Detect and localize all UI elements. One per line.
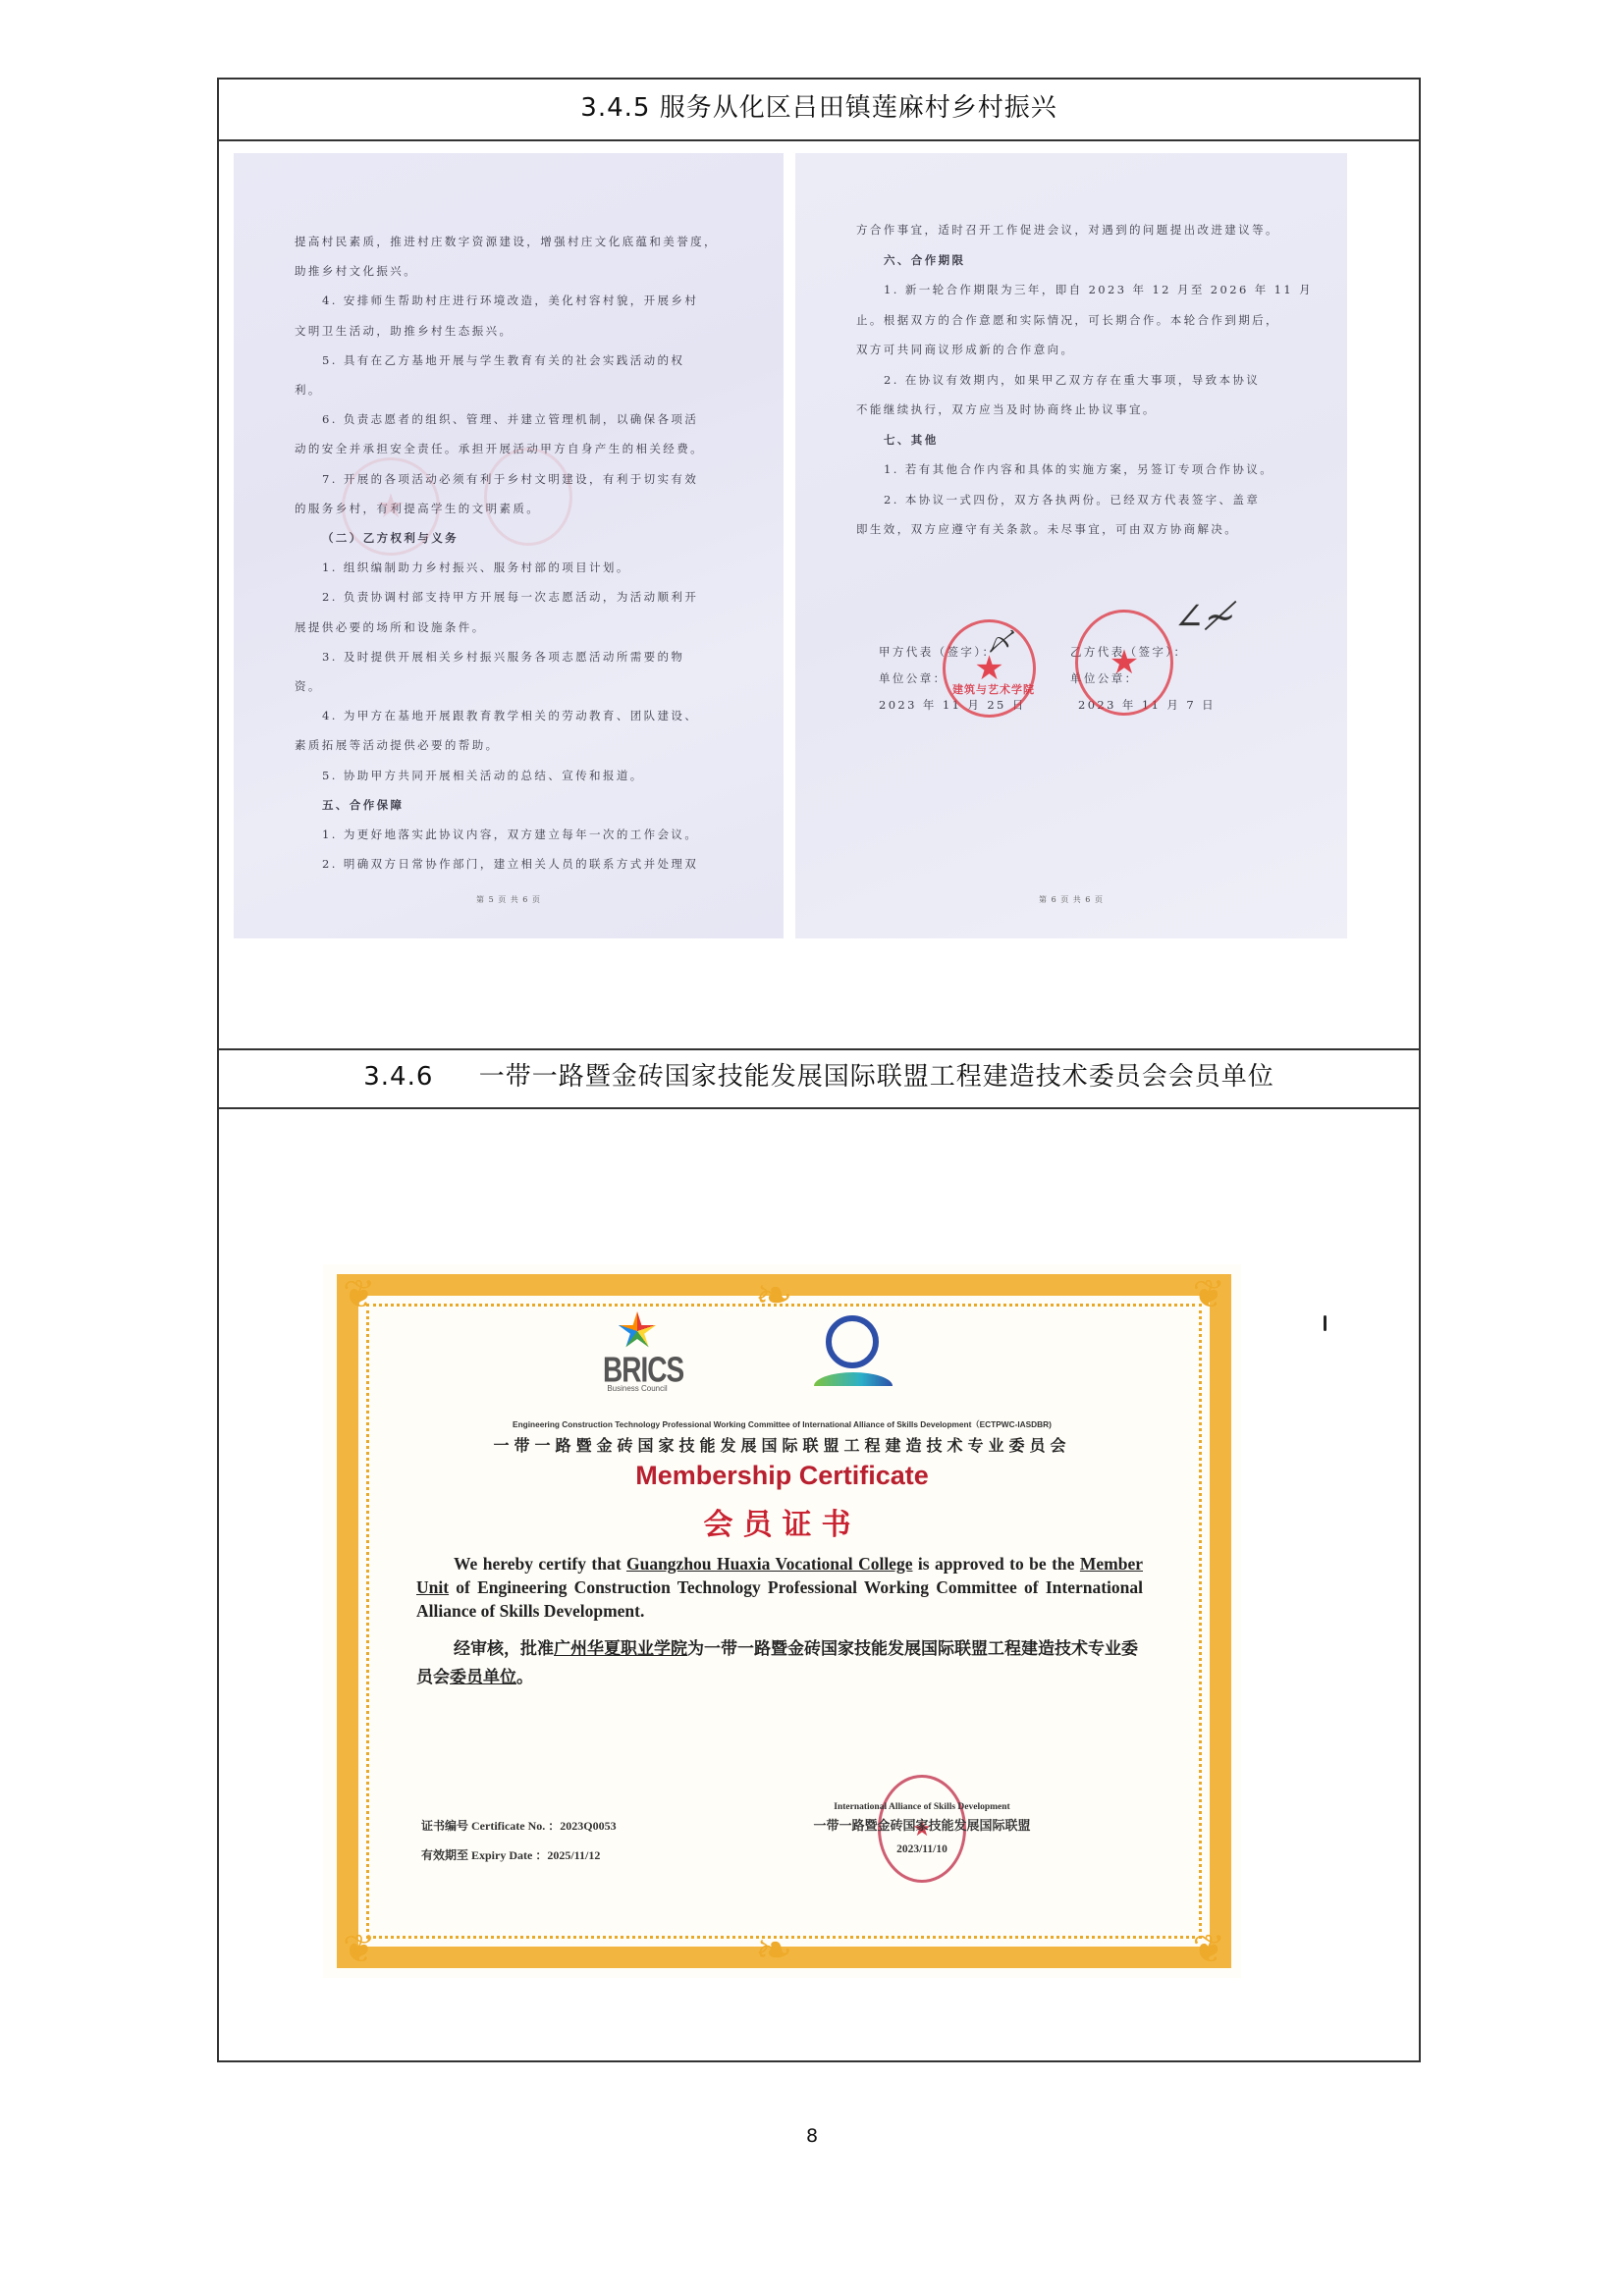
- scan-text-line: 2. 在协议有效期内，如果甲乙双方存在重大事项，导致本协议: [884, 372, 1260, 388]
- certificate-org-chinese: 一带一路暨金砖国家技能发展国际联盟工程建造技术专业委员会: [323, 1433, 1241, 1456]
- scan-page-footer: 第 6 页 共 6 页: [795, 894, 1347, 905]
- content-table: 3.4.5 服务从化区吕田镇莲麻村乡村振兴 提高村民素质，推进村庄数字资源建设，…: [217, 78, 1421, 2062]
- faded-seal-icon: ★: [342, 457, 440, 556]
- scan-text-line: 五、合作保障: [322, 797, 404, 813]
- party-b-signature: ∠≁: [1173, 595, 1236, 638]
- certificate-title-english: Membership Certificate: [323, 1461, 1241, 1491]
- section-number: 3.4.6: [363, 1062, 433, 1092]
- section-title-text: 一带一路暨金砖国家技能发展国际联盟工程建造技术委员会会员单位: [479, 1062, 1274, 1092]
- brics-star-icon: [618, 1311, 657, 1351]
- scan-artifact-mark: [1324, 1315, 1326, 1331]
- scan-text-line: 2. 明确双方日常协作部门，建立相关人员的联系方式并处理双: [322, 856, 698, 872]
- scan-text-line: 文明卫生活动，助推乡村生态振兴。: [295, 323, 513, 339]
- body-text: is approved to be the: [918, 1554, 1080, 1574]
- scan-text-line: 六、合作期限: [884, 252, 965, 268]
- certificate-number-label: 证书编号 Certificate No. ：: [421, 1819, 560, 1833]
- certificate-body-english: We hereby certify that Guangzhou Huaxia …: [416, 1552, 1143, 1623]
- certificate-body-chinese: 经审核，批准广州华夏职业学院为一带一路暨金砖国家技能发展国际联盟工程建造技术专业…: [416, 1635, 1143, 1692]
- scan-text-line: 七、其他: [884, 432, 939, 448]
- section-number: 3.4.5: [580, 93, 650, 123]
- corner-ornament-icon: ❦: [1192, 1927, 1225, 1972]
- agreement-page-5-scan: 提高村民素质，推进村庄数字资源建设，增强村庄文化底蕴和美誉度，助推乡村文化振兴。…: [234, 153, 784, 938]
- top-center-ornament-icon: ❧: [755, 1268, 793, 1321]
- scan-text-line: 动的安全并承担安全责任。承担开展活动甲方自身产生的相关经费。: [295, 441, 704, 456]
- scan-text-line: 利。: [295, 382, 322, 398]
- scan-text-line: 双方可共同商议形成新的合作意向。: [856, 342, 1074, 357]
- corner-ornament-icon: ❦: [1192, 1272, 1225, 1317]
- expiry-date-label: 有效期至 Expiry Date ：: [421, 1848, 547, 1862]
- scan-text-line: 止。根据双方的合作意愿和实际情况，可长期合作。本轮合作到期后，: [856, 312, 1279, 328]
- party-a-stamp-text: 建筑与艺术学院: [952, 681, 1035, 697]
- scan-text-line: 2. 负责协调村部支持甲方开展每一次志愿活动，为活动顺利开: [322, 589, 698, 605]
- faded-seal-icon: [484, 448, 572, 546]
- scan-text-line: 1. 为更好地落实此协议内容，双方建立每年一次的工作会议。: [322, 827, 698, 842]
- scan-text-line: 5. 具有在乙方基地开展与学生教育有关的社会实践活动的权: [322, 352, 684, 368]
- body-text: We hereby certify that: [454, 1554, 626, 1574]
- corner-ornament-icon: ❦: [343, 1927, 376, 1972]
- certificate-number: 2023Q0053: [560, 1819, 616, 1833]
- scan-page-footer: 第 5 页 共 6 页: [234, 894, 784, 905]
- scan-text-line: 4. 安排师生帮助村庄进行环境改造，美化村容村貌，开展乡村: [322, 293, 698, 308]
- scan-text-line: 素质拓展等活动提供必要的帮助。: [295, 737, 500, 753]
- scan-text-line: 方合作事宜，适时召开工作促进会议，对遇到的问题提出改进建议等。: [856, 222, 1279, 238]
- certificate-meta: 证书编号 Certificate No. ：2023Q0053 有效期至 Exp…: [421, 1811, 617, 1870]
- issuer-chinese: 一带一路暨金砖国家技能发展国际联盟: [785, 1815, 1059, 1834]
- section-title: 3.4.6 一带一路暨金砖国家技能发展国际联盟工程建造技术委员会会员单位: [363, 1056, 1274, 1093]
- scan-text-line: 1. 新一轮合作期限为三年，即自 2023 年 12 月至 2026 年 11 …: [884, 282, 1313, 297]
- scan-text-line: 展提供必要的场所和设施条件。: [295, 619, 486, 635]
- brics-logo: BRICS Business Council: [603, 1311, 672, 1393]
- scan-text-line: 1. 若有其他合作内容和具体的实施方案，另签订专项合作协议。: [884, 461, 1273, 477]
- scan-text-line: 5. 协助甲方共同开展相关活动的总结、宣传和报道。: [322, 768, 644, 783]
- certificate-issuer: International Alliance of Skills Develop…: [785, 1802, 1059, 1855]
- scan-text-line: 1. 组织编制助力乡村振兴、服务村部的项目计划。: [322, 560, 630, 575]
- scan-text-line: 4. 为甲方在基地开展跟教育教学相关的劳动教育、团队建设、: [322, 708, 698, 723]
- section-title-text: 服务从化区吕田镇莲麻村乡村振兴: [660, 93, 1057, 123]
- party-a-signature: 〆: [987, 622, 1012, 659]
- issuer-english: International Alliance of Skills Develop…: [785, 1802, 1059, 1812]
- brics-wordmark: BRICS: [603, 1353, 683, 1388]
- body-text: of Engineering Construction Technology P…: [416, 1577, 1143, 1621]
- body-text: 。: [516, 1668, 533, 1687]
- agreement-page-6-scan: 方合作事宜，适时召开工作促进会议，对遇到的问题提出改进建议等。六、合作期限1. …: [795, 153, 1347, 938]
- scan-text-line: 资。: [295, 678, 322, 694]
- certificate-row: ❦ ❦ ❦ ❦ ❧ ❧ BRICS Business Council Engin…: [219, 1107, 1419, 2062]
- college-name-english: Guangzhou Huaxia Vocational College: [626, 1554, 913, 1574]
- membership-role-chinese: 委员单位: [450, 1668, 516, 1687]
- section-3-4-5-header: 3.4.5 服务从化区吕田镇莲麻村乡村振兴: [219, 80, 1419, 141]
- scan-text-line: 助推乡村文化振兴。: [295, 263, 417, 279]
- page-number: 8: [0, 2125, 1624, 2147]
- scan-text-line: 即生效，双方应遵守有关条款。未尽事宜，可由双方协商解决。: [856, 521, 1238, 537]
- expiry-date: 2025/11/12: [547, 1848, 600, 1862]
- agreement-scans-row: 提高村民素质，推进村庄数字资源建设，增强村庄文化底蕴和美誉度，助推乡村文化振兴。…: [219, 139, 1419, 1050]
- scan-text-line: 6. 负责志愿者的组织、管理、并建立管理机制，以确保各项活: [322, 411, 698, 427]
- scan-text-line: 2. 本协议一式四份，双方各执两份。已经双方代表签字、盖章: [884, 492, 1260, 507]
- scan-text-line: 不能继续执行，双方应当及时协商终止协议事宜。: [856, 401, 1157, 417]
- membership-certificate: ❦ ❦ ❦ ❦ ❧ ❧ BRICS Business Council Engin…: [323, 1264, 1241, 1978]
- section-title: 3.4.5 服务从化区吕田镇莲麻村乡村振兴: [580, 87, 1056, 124]
- scan-text-line: 提高村民素质，推进村庄数字资源建设，增强村庄文化底蕴和美誉度，: [295, 234, 718, 249]
- body-text: 经审核，批准: [454, 1639, 554, 1659]
- corner-ornament-icon: ❦: [343, 1272, 376, 1317]
- certificate-org-english: Engineering Construction Technology Prof…: [323, 1418, 1241, 1430]
- scan-text-line: 3. 及时提供开展相关乡村振兴服务各项志愿活动所需要的物: [322, 649, 684, 665]
- alliance-logo-icon: [814, 1311, 893, 1400]
- party-a-seal-label: 单位公章：: [879, 670, 947, 686]
- bottom-center-ornament-icon: ❧: [755, 1923, 793, 1976]
- certificate-title-chinese: 会员证书: [323, 1500, 1241, 1543]
- issue-date: 2023/11/10: [785, 1843, 1059, 1855]
- section-3-4-6-header: 3.4.6 一带一路暨金砖国家技能发展国际联盟工程建造技术委员会会员单位: [219, 1048, 1419, 1109]
- party-b-seal-icon: ★: [1075, 610, 1173, 716]
- college-name-chinese: 广州华夏职业学院: [554, 1639, 687, 1659]
